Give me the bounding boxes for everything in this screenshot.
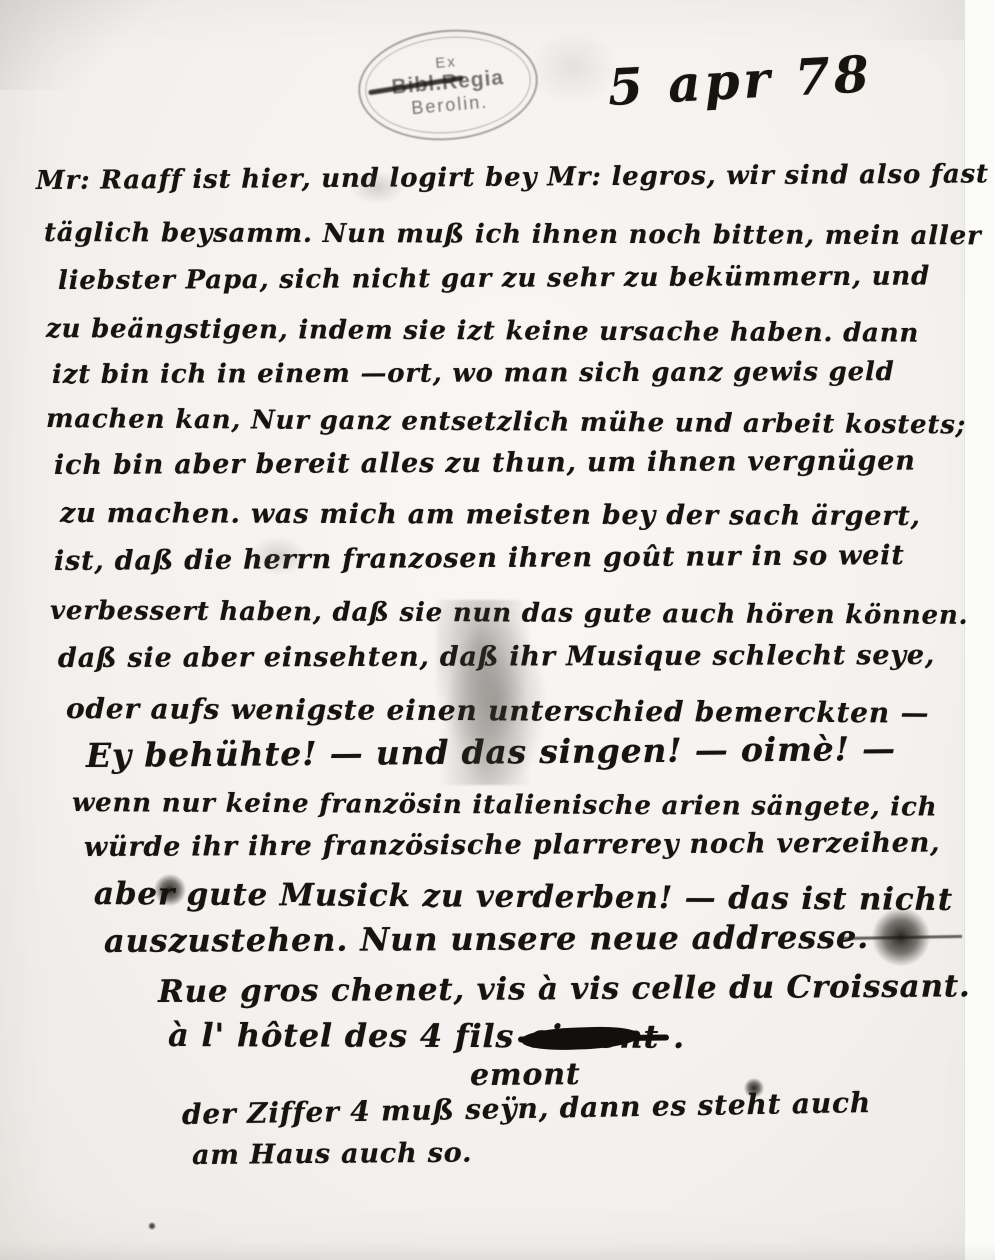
letter-line: Ey behühte! — und das singen! — oimè! — bbox=[86, 729, 896, 775]
letter-scan-page: Ex Bibl.Regia Berolin. 5 apr 78 Mr: Raaf… bbox=[0, 0, 995, 1260]
letter-line: daß sie aber einsehten, daß ihr Musique … bbox=[58, 640, 935, 674]
letter-line: zu beängstigen, indem sie izt keine ursa… bbox=[46, 314, 919, 349]
letter-line: aber gute Musick zu verderben! — das ist… bbox=[94, 876, 953, 918]
postscript-line: am Haus auch so. bbox=[192, 1138, 472, 1171]
struck-out-word: aimont bbox=[526, 1017, 661, 1055]
library-stamp-text: Ex Bibl.Regia Berolin. bbox=[361, 30, 535, 140]
letter-line: Mr: Raaff ist hier, und logirt bey Mr: l… bbox=[36, 159, 989, 196]
letter-line: izt bin ich in einem —ort, wo man sich g… bbox=[52, 357, 895, 390]
letter-line: machen kan, Nur ganz entsetzlich mühe un… bbox=[46, 404, 966, 440]
letter-date: 5 apr 78 bbox=[606, 44, 874, 117]
address-line: Rue gros chenet, vis à vis celle du Croi… bbox=[158, 968, 971, 1010]
photo-edge-shading bbox=[0, 1242, 995, 1260]
photo-edge-shading bbox=[833, 0, 973, 40]
letter-line: ich bin aber bereit alles zu thun, um ih… bbox=[54, 445, 916, 481]
letter-line: ist, daß die herrn franzosen ihren goût … bbox=[54, 540, 905, 577]
ink-speck bbox=[148, 1222, 156, 1230]
letter-line: wenn nur keine französin italienische ar… bbox=[72, 788, 938, 823]
library-stamp: Ex Bibl.Regia Berolin. bbox=[354, 22, 543, 147]
address-correction: emont bbox=[470, 1057, 581, 1093]
letter-line: oder aufs wenigste einen unterschied bem… bbox=[66, 692, 930, 730]
postscript-line: der Ziffer 4 muß seÿn, dann es steht auc… bbox=[182, 1086, 872, 1131]
photo-edge-shading bbox=[0, 0, 160, 90]
letter-line: zu machen. was mich am meisten bey der s… bbox=[60, 498, 921, 532]
letter-line: liebster Papa, sich nicht gar zu sehr zu… bbox=[58, 261, 930, 296]
address-line: à l' hôtel des 4 fils aimont . bbox=[168, 1016, 685, 1056]
address-line-prefix: à l' hôtel des 4 fils bbox=[168, 1016, 526, 1055]
letter-line: auszustehen. Nun unsere neue addresse. bbox=[104, 918, 869, 960]
letter-line: verbessert haben, daß sie nun das gute a… bbox=[50, 596, 969, 631]
paper-smudge bbox=[528, 28, 618, 106]
stamp-line: Ex bbox=[435, 53, 458, 72]
letter-line: würde ihr ihre französische plarrerey no… bbox=[84, 828, 940, 863]
letter-line: täglich beysamm. Nun muß ich ihnen noch … bbox=[44, 218, 982, 251]
